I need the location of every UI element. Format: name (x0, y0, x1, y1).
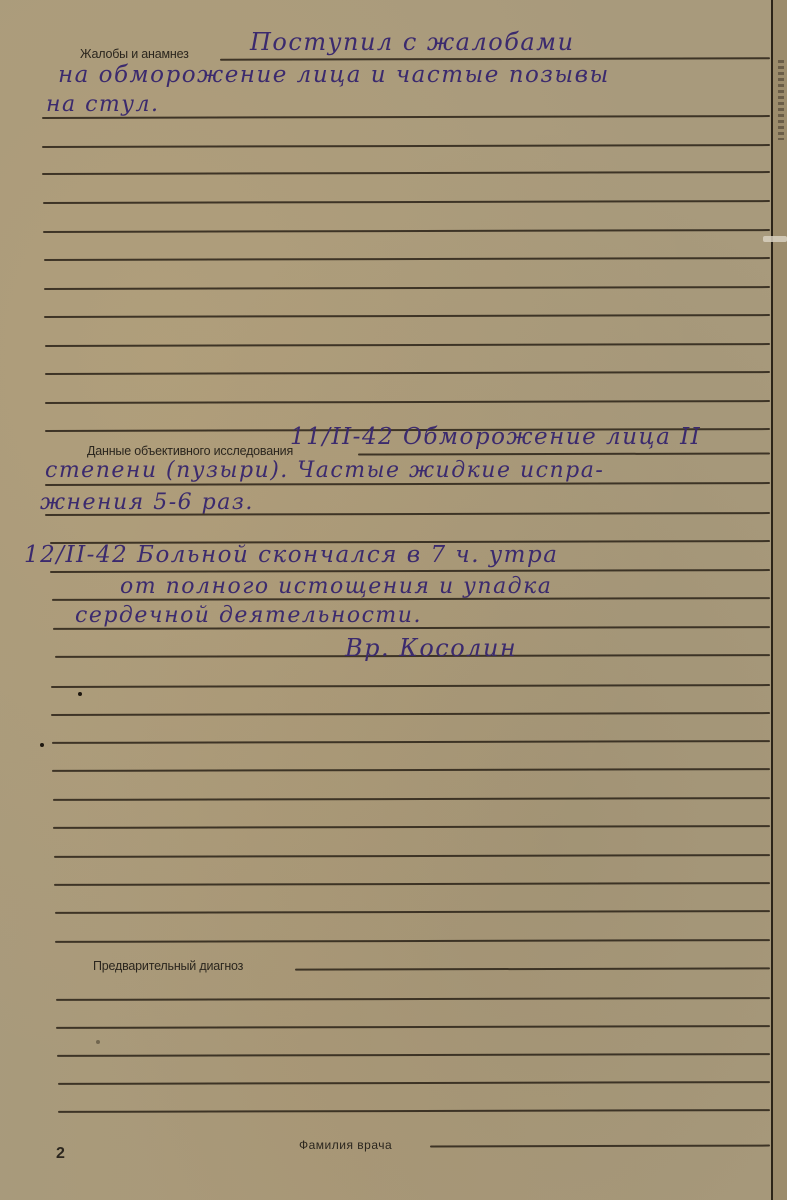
diagnosis-label: Предварительный диагноз (93, 959, 243, 973)
complaints-line-3: на стул. (46, 92, 160, 117)
ruled-line (52, 768, 770, 772)
ruled-line (56, 1025, 770, 1029)
ruled-line (430, 1145, 770, 1148)
ruled-line (55, 910, 770, 914)
ruled-line (45, 343, 770, 347)
ink-speck (40, 743, 44, 747)
ruled-line (55, 939, 770, 943)
ruled-line (56, 997, 770, 1001)
ruled-line (53, 825, 770, 829)
ruled-line (295, 967, 770, 970)
ruled-line (51, 712, 770, 716)
ruled-line (54, 854, 770, 858)
ruled-line (43, 200, 770, 204)
page-binding (771, 0, 787, 1200)
ink-speck (78, 692, 82, 696)
note-line-2: от полного истощения и упадка (120, 574, 552, 599)
ruled-line (58, 1081, 770, 1085)
ruled-line (57, 1053, 770, 1057)
ruled-line (44, 257, 770, 261)
ruled-line (43, 229, 770, 233)
doctor-name-label: Фамилия врача (299, 1138, 392, 1152)
ruled-line (52, 740, 770, 744)
ruled-line (220, 57, 770, 60)
ruled-line (58, 1109, 770, 1113)
ruled-line (50, 569, 770, 573)
note-line-3: сердечной деятельности. (75, 603, 422, 628)
ruled-line (54, 882, 770, 886)
ruled-line (51, 684, 770, 688)
complaints-line-1: Поступил с жалобами (250, 28, 575, 56)
objective-line-2: степени (пузыри). Частые жидкие испра- (45, 458, 604, 483)
medical-record-page: Жалобы и анамнез Поступил с жалобами на … (0, 0, 787, 1200)
objective-line-1: 11/II-42 Обморожение лица II (290, 424, 701, 450)
page-number: 2 (56, 1145, 65, 1163)
ruled-line (44, 286, 770, 290)
ruled-line (44, 314, 770, 318)
ruled-line (53, 797, 770, 801)
ruled-line (42, 144, 770, 148)
complaints-line-2: на обморожение лица и частые позывы (58, 62, 610, 88)
objective-label: Данные объективного исследования (87, 444, 293, 458)
ruled-line (358, 452, 770, 455)
objective-line-3: жнения 5-6 раз. (40, 490, 254, 515)
doctor-signature: Вр. Косолин (345, 634, 517, 662)
note-line-1: 12/II-42 Больной скончался в 7 ч. утра (24, 542, 558, 568)
complaints-label: Жалобы и анамнез (80, 47, 189, 61)
ruled-line (45, 371, 770, 375)
ruled-line (42, 171, 770, 175)
staple (763, 236, 787, 242)
binding-text-strip (778, 60, 784, 140)
ruled-line (45, 400, 770, 404)
paper-speck (96, 1040, 100, 1044)
